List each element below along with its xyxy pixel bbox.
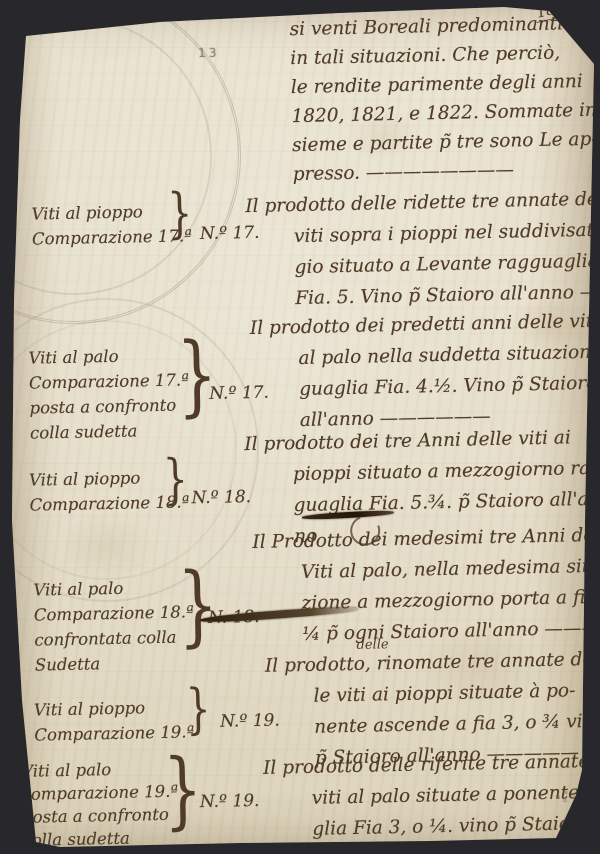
manuscript-paper: 185 13 Viti al pioppo Comparazione 17.ª … [0, 0, 600, 854]
margin-entry-label: Viti al palo comparazione 19.ª posta a c… [21, 757, 179, 852]
margin-entry-comparazione-19-pioppo: Viti al pioppo Comparazione 19.ª } N.º 1… [34, 694, 195, 747]
paragraph-palo-ponente: Il prodotto delle riferite tre annate de… [263, 746, 600, 846]
paragraph-intro: si venti Boreali predominanti in tali si… [289, 9, 585, 189]
archive-stamp-number: 13 [198, 47, 220, 59]
paragraph-palo-mezzogiorno: Il Prodotto dei medesimi tre Anni delle … [252, 520, 600, 651]
curly-brace-icon: } [163, 456, 189, 502]
margin-entry-comparazione-17-pioppo: Viti al pioppo Comparazione 17.ª } N.º 1… [31, 198, 192, 251]
curly-brace-icon: } [163, 754, 203, 826]
margin-entry-label: Viti al palo Comparazione 17.ª posta a c… [28, 342, 190, 445]
pencil-marks [556, 795, 560, 799]
margin-entry-comparazione-19-palo: Viti al palo comparazione 19.ª posta a c… [21, 757, 179, 852]
curly-brace-icon: } [177, 568, 219, 644]
margin-entry-comparazione-18-pioppo: Viti al pioppo Comparazione 18.ª } N.º 1… [29, 464, 190, 517]
interlinear-insertion: delle [356, 638, 388, 652]
margin-entry-label: Viti al palo Comparazione 18.ª confronta… [33, 574, 195, 677]
handwriting-layer: 185 13 Viti al pioppo Comparazione 17.ª … [0, 0, 600, 854]
margin-entry-comparazione-17-palo: Viti al palo Comparazione 17.ª posta a c… [28, 342, 190, 445]
paragraph-pioppi-levante: Il prodotto delle ridette tre annate del… [245, 184, 593, 315]
curly-brace-icon: } [167, 190, 193, 236]
margin-entry-number: N.º 18. [191, 487, 251, 508]
margin-entry-number: N.º 19. [200, 791, 260, 812]
margin-entry-label: Viti al pioppo Comparazione 19.ª [34, 694, 195, 747]
curly-brace-icon: } [185, 686, 211, 732]
margin-entry-comparazione-18-palo: Viti al palo Comparazione 18.ª confronta… [33, 574, 195, 677]
paragraph-palo-levante: Il prodotto dei predetti anni delle viti… [250, 306, 598, 437]
